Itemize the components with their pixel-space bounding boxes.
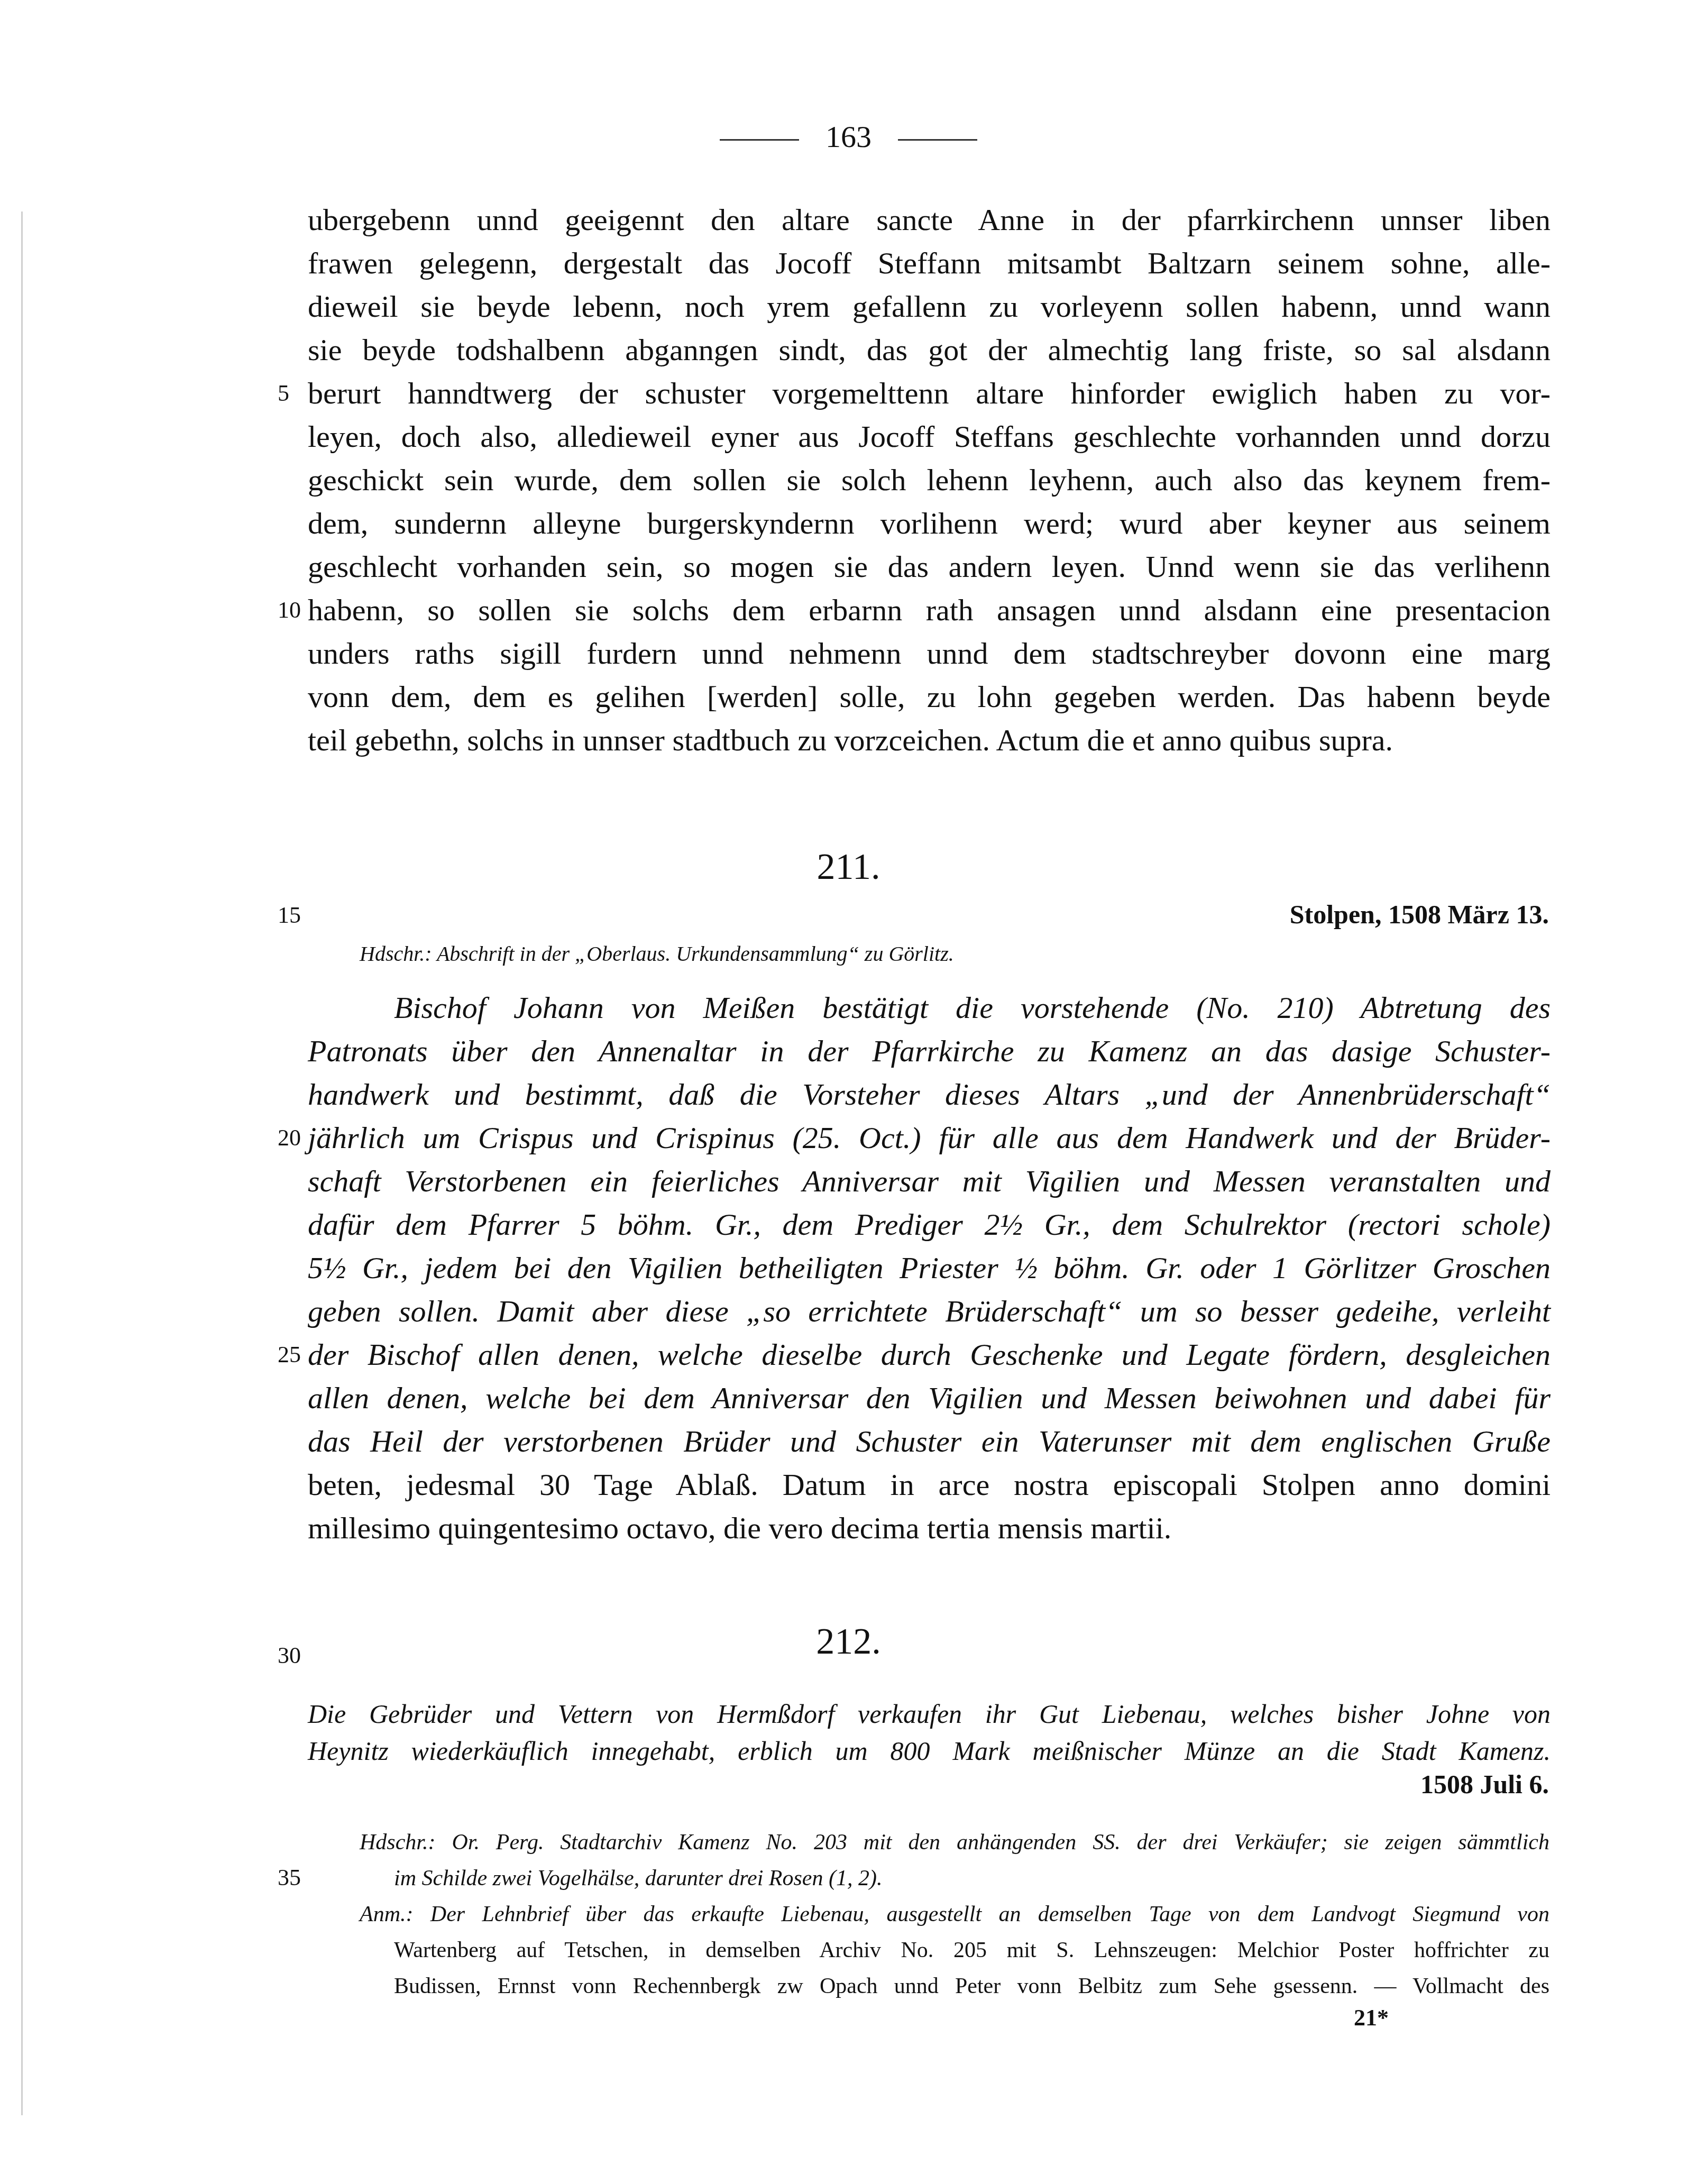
line-number: 5 — [278, 372, 289, 415]
line-number: 20 — [278, 1116, 301, 1160]
text-line: jährlich um Crispus und Crispinus (25. O… — [308, 1116, 1551, 1160]
text-line: Bischof Johann von Meißen bestätigt die … — [394, 986, 1551, 1030]
page-number-dash-right — [898, 139, 977, 141]
text-line: das Heil der verstorbenen Brüder und Sch… — [308, 1420, 1551, 1463]
footnote-line: Hdschr.: Or. Perg. Stadtarchiv Kamenz No… — [360, 1824, 1549, 1860]
source-note-211: Hdschr.: Abschrift in der „Oberlaus. Urk… — [360, 941, 954, 966]
footnote-line: Wartenberg auf Tetschen, in demselben Ar… — [394, 1932, 1549, 1968]
text-line: der Bischof allen denen, welche dieselbe… — [308, 1333, 1551, 1377]
text-line: vonn dem, dem es gelihen [werden] solle,… — [308, 675, 1551, 719]
text-line: 5½ Gr., jedem bei den Vigilien betheilig… — [308, 1246, 1551, 1290]
page-number: 163 — [0, 119, 1697, 154]
line-number: 15 — [278, 894, 301, 937]
entry-date-212: 1508 Juli 6. — [1420, 1769, 1549, 1800]
text-line: dem, sundernn alleyne burgerskyndernn vo… — [308, 502, 1551, 545]
line-number: 35 — [278, 1856, 301, 1899]
entry-date-211: Stolpen, 1508 März 13. — [1290, 899, 1549, 930]
text-line: frawen gelegenn, dergestalt das Jocoff S… — [308, 242, 1551, 285]
page-edge-line — [21, 212, 23, 2115]
text-line: leyen, doch also, alledieweil eyner aus … — [308, 415, 1551, 458]
text-line: geben sollen. Damit aber diese „so erric… — [308, 1290, 1551, 1333]
text-line: geschickt sein wurde, dem sollen sie sol… — [308, 458, 1551, 502]
line-number: 25 — [278, 1333, 301, 1377]
footnote-line: Anm.: Der Lehnbrief über das erkaufte Li… — [360, 1896, 1549, 1932]
text-line: dieweil sie beyde lebenn, noch yrem gefa… — [308, 285, 1551, 328]
text-line: Patronats über den Annenaltar in der Pfa… — [308, 1030, 1551, 1073]
text-line: schaft Verstorbenen ein feierliches Anni… — [308, 1160, 1551, 1203]
text-line: geschlecht vorhanden sein, so mogen sie … — [308, 545, 1551, 589]
text-line: berurt hanndtwerg der schuster vorgemelt… — [308, 372, 1551, 415]
text-line: beten, jedesmal 30 Tage Ablaß. Datum in … — [308, 1463, 1551, 1507]
footnote-line: Budissen, Ernnst vonn Rechennbergk zw Op… — [394, 1968, 1549, 2004]
text-line: teil gebethn, solchs in unnser stadtbuch… — [308, 719, 1551, 762]
entry-number-212: 212. — [0, 1621, 1697, 1663]
text-line: sie beyde todshalbenn abganngen sindt, d… — [308, 328, 1551, 372]
page-number-text: 163 — [825, 120, 872, 154]
text-line: habenn, so sollen sie solchs dem erbarnn… — [308, 589, 1551, 632]
footnote-line: im Schilde zwei Vogelhälse, darunter dre… — [394, 1860, 1549, 1896]
text-line: handwerk und bestimmt, daß die Vorsteher… — [308, 1073, 1551, 1116]
text-line: unders raths sigill furdern unnd nehmenn… — [308, 632, 1551, 675]
signature-mark: 21* — [1354, 2004, 1389, 2031]
text-line: dafür dem Pfarrer 5 böhm. Gr., dem Predi… — [308, 1203, 1551, 1246]
text-line: ubergebenn unnd geeigennt den altare san… — [308, 198, 1551, 242]
page-number-dash-left — [720, 139, 799, 141]
line-number: 10 — [278, 589, 301, 632]
entry-number-211: 211. — [0, 846, 1697, 888]
text-line: millesimo quingentesimo octavo, die vero… — [308, 1507, 1551, 1550]
text-line: allen denen, welche bei dem Anniversar d… — [308, 1377, 1551, 1420]
summary-line: Heynitz wiederkäuflich innegehabt, erbli… — [308, 1729, 1551, 1773]
